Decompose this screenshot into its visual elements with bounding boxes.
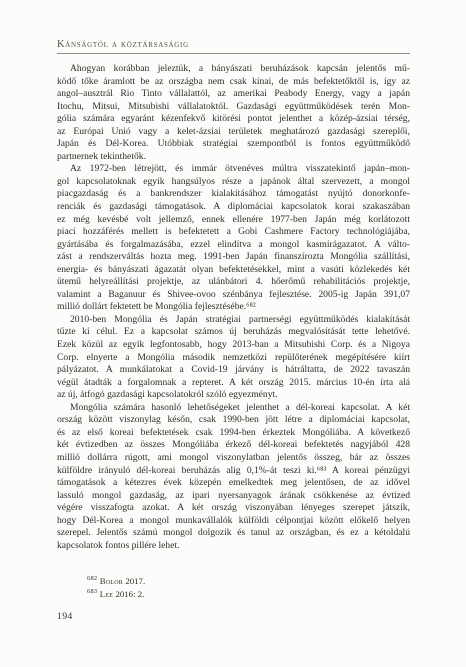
text-line: Ezek közül az egyik legfontosabb, hogy 2… <box>57 339 410 352</box>
footnote-text: 2017. <box>125 576 145 586</box>
text-line: 2010-ben Mongólia és Japán stratégiai pa… <box>57 314 410 327</box>
footnote-author: Bolor <box>97 576 125 586</box>
footnote: 683 Lee 2016: 2. <box>57 588 410 601</box>
text-line: az Európai Unió vagy a kelet-ázsiai terü… <box>57 126 410 139</box>
page-number: 194 <box>57 611 73 622</box>
paragraph: Az 1972-ben létrejött, és immár ötvenéve… <box>57 163 410 314</box>
text-line: valamint a Baganuur és Shivee-ovoo szénb… <box>57 289 410 302</box>
text-line: hogy Dél-Korea a mongol munkavállalók kü… <box>57 515 410 528</box>
text-line: millió dollárt fektetett be Mongólia fej… <box>57 301 410 314</box>
text-line: külföldre irányuló dél-koreai beruházás … <box>57 465 410 478</box>
footnote-text: 2016: 2. <box>115 589 144 599</box>
text-line: Japán és Dél-Korea. Utóbbiak stratégiai … <box>57 138 410 151</box>
running-header-title: Kánságtól a köztársaságig <box>57 39 410 50</box>
text-line: és az első koreai befektetések csak 1994… <box>57 427 410 440</box>
text-line: végére visszafogta azokat. A két ország … <box>57 502 410 515</box>
paragraph: Mongólia számára hasonló lehetőségeket j… <box>57 402 410 553</box>
paragraph: Ahogyan korábban jeleztük, a bányászati … <box>57 63 410 163</box>
text-line: gólia számára egyaránt kézenfekvő kitöré… <box>57 113 410 126</box>
text-line: támogatások a kétezres évek közepén emel… <box>57 477 410 490</box>
text-line: Mongólia számára hasonló lehetőségeket j… <box>57 402 410 415</box>
footnote-number: 683 <box>87 588 97 595</box>
text-line: millió dollárra rúgott, ami mongol viszo… <box>57 452 410 465</box>
text-line: két évtizedben az összes Mongóliába érke… <box>57 439 410 452</box>
footnote-number: 682 <box>87 575 97 582</box>
text-line: lassuló mongol gazdaság, az ipari nyersa… <box>57 490 410 503</box>
text-line: ország között viszonylag későn, csak 199… <box>57 414 410 427</box>
text-line: angol–ausztrál Rio Tinto vállalattól, az… <box>57 88 410 101</box>
text-line: energia- és bányászati ágazatát olyan be… <box>57 264 410 277</box>
footnote-author: Lee <box>97 589 115 599</box>
footnote: 682 Bolor 2017. <box>57 575 410 588</box>
text-line: végül átadták a forgalomnak a repteret. … <box>57 377 410 390</box>
paragraph: 2010-ben Mongólia és Japán stratégiai pa… <box>57 314 410 402</box>
text-line: partnernek tekinthetők. <box>57 151 410 164</box>
text-line: Ahogyan korábban jeleztük, a bányászati … <box>57 63 410 76</box>
text-line: renciák és gazdasági támogatások. A dipl… <box>57 201 410 214</box>
text-line: kapcsolatok fontos pillére lehet. <box>57 540 410 553</box>
text-line: szerepel. Jelentős számú mongol dolgozik… <box>57 527 410 540</box>
text-line: ködő tőke áramlott be az országba nem cs… <box>57 76 410 89</box>
text-line: zást a rendszerváltás hozta meg. 1991-be… <box>57 251 410 264</box>
text-line: ez még kevésbé volt jellemző, ennek elle… <box>57 214 410 227</box>
running-header: Kánságtól a köztársaságig <box>57 39 410 54</box>
footnotes: 682 Bolor 2017.683 Lee 2016: 2. <box>57 575 410 600</box>
text-line: Itochu, Mitsui, Mitsubishi vállalatoktól… <box>57 101 410 114</box>
text-line: piaci hozzáférés mellett is befektetett … <box>57 226 410 239</box>
book-page: Kánságtól a köztársaságig Ahogyan korább… <box>0 0 466 667</box>
text-line: Corp. elnyerte a Mongólia második nemzet… <box>57 352 410 365</box>
text-line: pályázatot. A munkálatokat a Covid-19 já… <box>57 364 410 377</box>
text-line: az új, átfogó gazdasági kapcsolatokról s… <box>57 389 410 402</box>
text-line: tűzte ki célul. Ez a kapcsolat számos új… <box>57 326 410 339</box>
header-rule <box>57 53 410 54</box>
text-line: piacgazdaság és a bankrendszer kialakítá… <box>57 188 410 201</box>
text-line: Az 1972-ben létrejött, és immár ötvenéve… <box>57 163 410 176</box>
text-line: gol kapcsolatoknak egyik hangsúlyos rész… <box>57 176 410 189</box>
text-line: ütemű helyreállítási projektje, az ulánb… <box>57 276 410 289</box>
text-block: Ahogyan korábban jeleztük, a bányászati … <box>57 63 410 552</box>
text-line: gyártásába és forgalmazásába, ezzel elin… <box>57 239 410 252</box>
